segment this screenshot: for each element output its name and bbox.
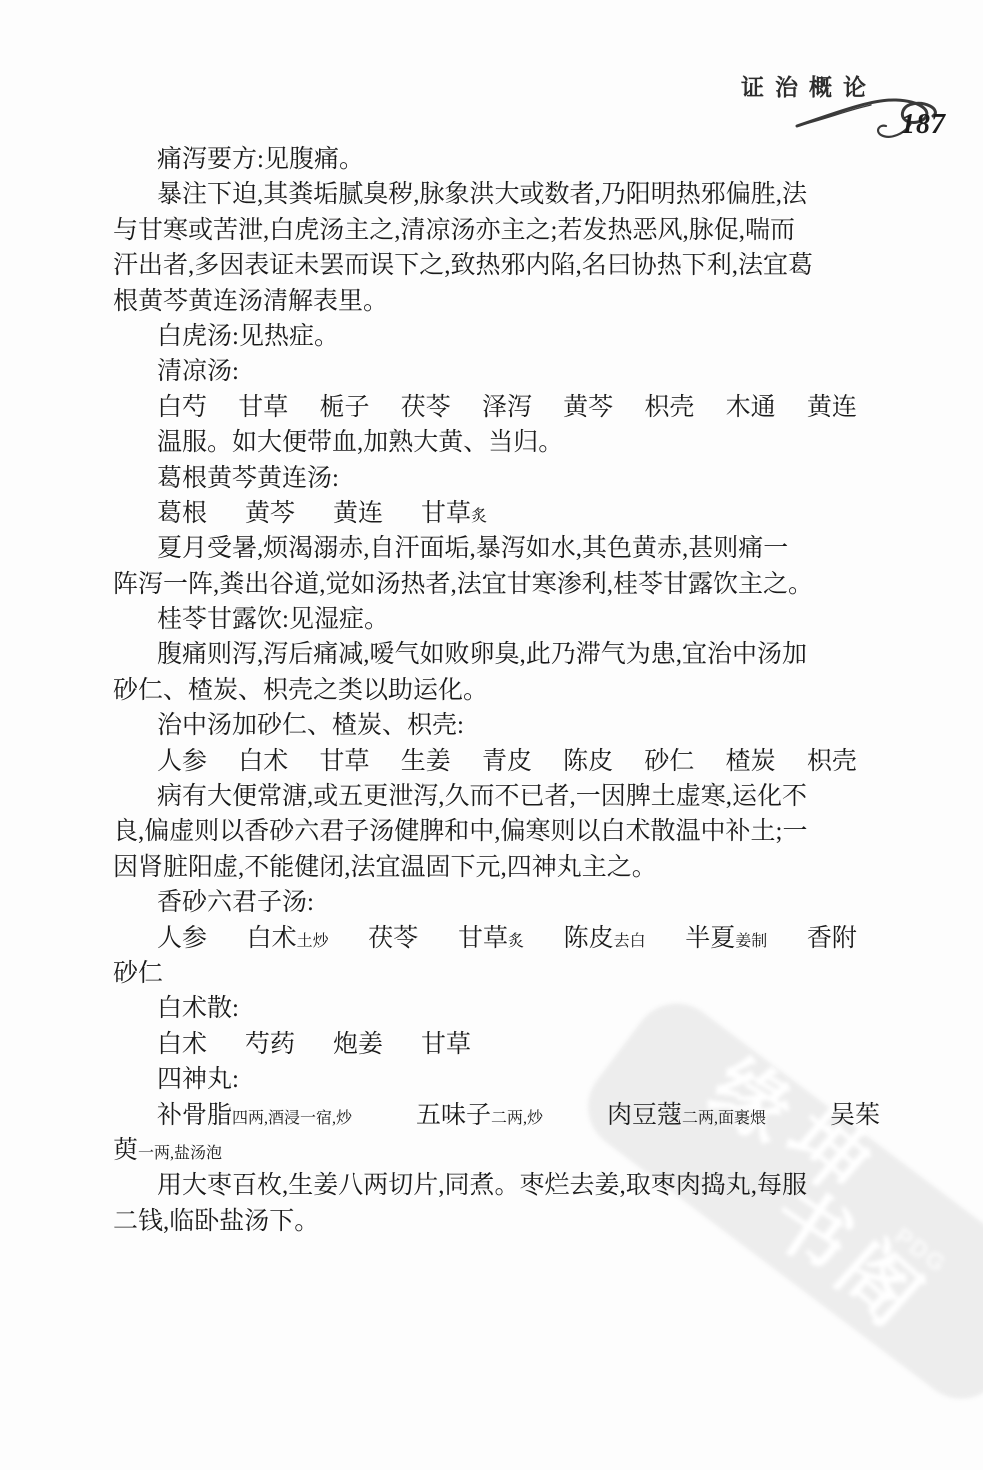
herb-item: 黄连 xyxy=(807,390,857,425)
herb-item: 泽泻 xyxy=(482,390,532,425)
herb-item: 木通 xyxy=(726,390,776,425)
herb-preparation-note: 土炒 xyxy=(297,934,329,950)
text-line: 香砂六君子汤: xyxy=(113,885,880,920)
herb-name: 黄连 xyxy=(333,496,383,531)
text-line: 与甘寒或苦泄,白虎汤主之,清凉汤亦主之;若发热恶风,脉促,喘而 xyxy=(113,213,880,248)
herb-name: 木通 xyxy=(726,390,776,425)
herb-item: 茯苓 xyxy=(401,390,451,425)
herb-name: 香附 xyxy=(807,921,857,956)
herb-item: 白术土炒 xyxy=(247,921,329,956)
herb-item: 黄芩 xyxy=(245,496,295,531)
herb-item: 栀子 xyxy=(319,390,369,425)
herb-preparation-note: 炙 xyxy=(508,934,524,950)
text-line: 病有大便常溏,或五更泄泻,久而不已者,一因脾土虚寒,运化不 xyxy=(113,779,880,814)
text-line: 痛泻要方:见腹痛。 xyxy=(113,142,880,177)
herb-name: 肉豆蔻 xyxy=(607,1098,682,1133)
herb-list-line: 白术芍药炮姜甘草 xyxy=(113,1027,880,1062)
herb-name: 吴茱 xyxy=(830,1098,880,1133)
text-line: 夏月受暑,烦渴溺赤,自汗面垢,暴泻如水,其色黄赤,甚则痛一 xyxy=(113,531,880,566)
herb-name: 芍药 xyxy=(245,1027,295,1062)
text-line: 砂仁 xyxy=(113,956,880,991)
herb-item: 白芍 xyxy=(157,390,207,425)
text-line: 用大枣百枚,生姜八两切片,同煮。枣烂去姜,取枣肉捣丸,每服 xyxy=(113,1168,880,1203)
text-line: 根黄芩黄连汤清解表里。 xyxy=(113,284,880,319)
page-number: 187 xyxy=(901,109,946,141)
herb-name: 砂仁 xyxy=(644,744,694,779)
herb-item: 生姜 xyxy=(401,744,451,779)
text-line: 汗出者,多因表证未罢而误下之,致热邪内陷,名曰协热下利,法宜葛 xyxy=(113,248,880,283)
herb-item: 甘草 xyxy=(238,390,288,425)
herb-item: 白术 xyxy=(157,1027,207,1062)
herb-name: 黄芩 xyxy=(563,390,613,425)
herb-preparation-note: 姜制 xyxy=(735,934,767,950)
herb-item: 甘草 xyxy=(421,1027,471,1062)
text-line: 桂苓甘露饮:见湿症。 xyxy=(113,602,880,637)
herb-name: 泽泻 xyxy=(482,390,532,425)
herb-item: 茯苓 xyxy=(368,921,418,956)
herb-name: 黄芩 xyxy=(245,496,295,531)
text-line: 暴注下迫,其粪垢腻臭秽,脉象洪大或数者,乃阳明热邪偏胜,法 xyxy=(113,177,880,212)
herb-name: 炮姜 xyxy=(333,1027,383,1062)
herb-name: 青皮 xyxy=(482,744,532,779)
herb-name: 甘草 xyxy=(238,390,288,425)
text-line: 二钱,临卧盐汤下。 xyxy=(113,1204,880,1239)
text-line: 白术散: xyxy=(113,991,880,1026)
body-text: 痛泻要方:见腹痛。暴注下迫,其粪垢腻臭秽,脉象洪大或数者,乃阳明热邪偏胜,法与甘… xyxy=(113,142,880,1239)
herb-name: 甘草 xyxy=(421,496,471,531)
text-line: 因肾脏阳虚,不能健闭,法宜温固下元,四神丸主之。 xyxy=(113,850,880,885)
herb-list-line: 萸一两,盐汤泡 xyxy=(113,1133,880,1168)
herb-item: 黄芩 xyxy=(563,390,613,425)
herb-name: 茯苓 xyxy=(368,921,418,956)
herb-name: 甘草 xyxy=(458,921,508,956)
herb-name: 枳壳 xyxy=(807,744,857,779)
herb-item: 吴茱 xyxy=(830,1098,880,1133)
herb-preparation-note: 一两,盐汤泡 xyxy=(138,1146,222,1162)
herb-item: 黄连 xyxy=(333,496,383,531)
herb-item: 陈皮去白 xyxy=(564,921,646,956)
herb-item: 萸一两,盐汤泡 xyxy=(113,1133,222,1168)
herb-preparation-note: 二两,炒 xyxy=(491,1111,543,1127)
herb-name: 补骨脂 xyxy=(157,1098,232,1133)
herb-item: 枳壳 xyxy=(807,744,857,779)
herb-item: 甘草 xyxy=(319,744,369,779)
herb-name: 半夏 xyxy=(685,921,735,956)
herb-item: 楂炭 xyxy=(726,744,776,779)
herb-item: 白术 xyxy=(238,744,288,779)
text-line: 治中汤加砂仁、楂炭、枳壳: xyxy=(113,708,880,743)
herb-name: 生姜 xyxy=(401,744,451,779)
herb-item: 香附 xyxy=(807,921,857,956)
text-line: 温服。如大便带血,加熟大黄、当归。 xyxy=(113,425,880,460)
herb-name: 陈皮 xyxy=(564,921,614,956)
herb-item: 甘草炙 xyxy=(421,496,487,531)
herb-preparation-note: 去白 xyxy=(614,934,646,950)
text-line: 良,偏虚则以香砂六君子汤健脾和中,偏寒则以白术散温中补土;一 xyxy=(113,814,880,849)
herb-name: 萸 xyxy=(113,1133,138,1168)
herb-item: 五味子二两,炒 xyxy=(416,1098,543,1133)
herb-item: 甘草炙 xyxy=(458,921,524,956)
herb-item: 青皮 xyxy=(482,744,532,779)
herb-name: 甘草 xyxy=(421,1027,471,1062)
herb-item: 炮姜 xyxy=(333,1027,383,1062)
herb-name: 葛根 xyxy=(157,496,207,531)
herb-name: 白术 xyxy=(238,744,288,779)
herb-name: 枳壳 xyxy=(644,390,694,425)
herb-item: 砂仁 xyxy=(644,744,694,779)
herb-item: 人参 xyxy=(157,921,207,956)
herb-preparation-note: 二两,面裹煨 xyxy=(682,1111,766,1127)
herb-item: 半夏姜制 xyxy=(685,921,767,956)
herb-name: 白术 xyxy=(157,1027,207,1062)
herb-item: 葛根 xyxy=(157,496,207,531)
text-line: 葛根黄芩黄连汤: xyxy=(113,461,880,496)
herb-name: 陈皮 xyxy=(563,744,613,779)
herb-item: 人参 xyxy=(157,744,207,779)
herb-preparation-note: 四两,酒浸一宿,炒 xyxy=(232,1111,352,1127)
text-line: 阵泻一阵,粪出谷道,觉如汤热者,法宜甘寒渗利,桂苓甘露饮主之。 xyxy=(113,567,880,602)
herb-list-line: 白芍甘草栀子茯苓泽泻黄芩枳壳木通黄连 xyxy=(113,390,857,425)
text-line: 腹痛则泻,泻后痛减,嗳气如败卵臭,此乃滞气为患,宜治中汤加 xyxy=(113,637,880,672)
herb-name: 五味子 xyxy=(416,1098,491,1133)
herb-preparation-note: 炙 xyxy=(471,509,487,525)
text-line: 四神丸: xyxy=(113,1062,880,1097)
herb-name: 甘草 xyxy=(319,744,369,779)
herb-item: 芍药 xyxy=(245,1027,295,1062)
herb-item: 陈皮 xyxy=(563,744,613,779)
herb-name: 白术 xyxy=(247,921,297,956)
herb-name: 茯苓 xyxy=(401,390,451,425)
herb-item: 肉豆蔻二两,面裹煨 xyxy=(607,1098,766,1133)
herb-list-line: 人参白术土炒茯苓甘草炙陈皮去白半夏姜制香附 xyxy=(113,921,857,956)
herb-item: 枳壳 xyxy=(644,390,694,425)
herb-name: 黄连 xyxy=(807,390,857,425)
book-page: 缘 坤 书 阁 PDG 证治概论 187 痛泻要方:见腹痛。暴注下迫,其粪垢腻臭… xyxy=(0,0,983,1470)
herb-list-line: 补骨脂四两,酒浸一宿,炒五味子二两,炒肉豆蔻二两,面裹煨吴茱 xyxy=(113,1098,880,1133)
herb-item: 补骨脂四两,酒浸一宿,炒 xyxy=(157,1098,352,1133)
herb-list-line: 葛根黄芩黄连甘草炙 xyxy=(113,496,880,531)
text-line: 白虎汤:见热症。 xyxy=(113,319,880,354)
text-line: 砂仁、楂炭、枳壳之类以助运化。 xyxy=(113,673,880,708)
herb-name: 栀子 xyxy=(319,390,369,425)
text-line: 清凉汤: xyxy=(113,354,880,389)
herb-name: 人参 xyxy=(157,744,207,779)
herb-list-line: 人参白术甘草生姜青皮陈皮砂仁楂炭枳壳 xyxy=(113,744,857,779)
herb-name: 人参 xyxy=(157,921,207,956)
herb-name: 白芍 xyxy=(157,390,207,425)
herb-name: 楂炭 xyxy=(726,744,776,779)
